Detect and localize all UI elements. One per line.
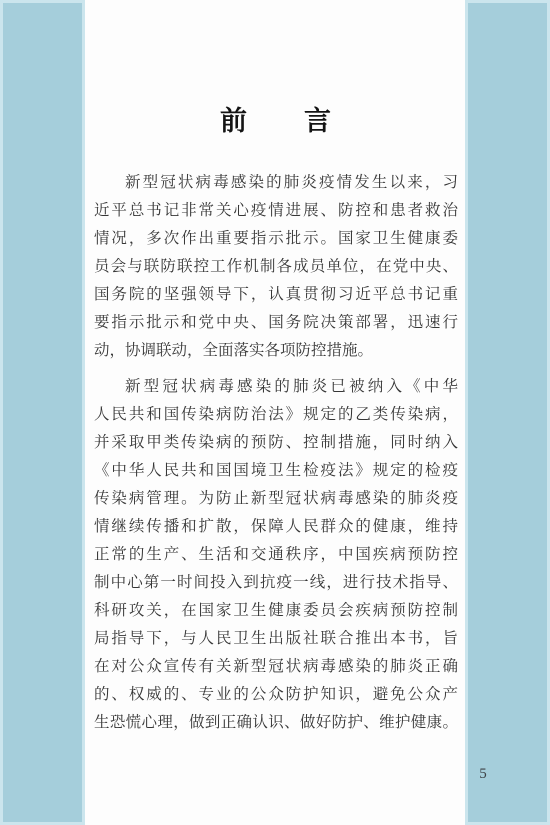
page-content: 前 言 新型冠状病毒感染的肺炎疫情发生以来，习 近平总书记非常关心疫情进展、防控… <box>94 0 458 737</box>
text-line: 制中心第一时间投入到抗疫一线，进行技术指导、 <box>94 569 458 597</box>
paragraph: 新型冠状病毒感染的肺炎疫情发生以来，习 近平总书记非常关心疫情进展、防控和患者救… <box>94 169 458 365</box>
text-line: 情况，多次作出重要指示批示。国家卫生健康委 <box>94 225 458 253</box>
text-line: 并采取甲类传染病的预防、控制措施，同时纳入 <box>94 429 458 457</box>
text-line: 的、权威的、专业的公众防护知识，避免公众产 <box>94 681 458 709</box>
text-line: 正常的生产、生活和交通秩序，中国疾病预防控 <box>94 541 458 569</box>
text-line: 动，协调联动，全面落实各项防控措施。 <box>94 337 458 365</box>
book-page: 前 言 新型冠状病毒感染的肺炎疫情发生以来，习 近平总书记非常关心疫情进展、防控… <box>0 0 550 825</box>
page-title: 前 言 <box>94 103 458 139</box>
text-line: 员会与联防联控工作机制各成员单位，在党中央、 <box>94 253 458 281</box>
preface-body: 新型冠状病毒感染的肺炎疫情发生以来，习 近平总书记非常关心疫情进展、防控和患者救… <box>94 169 458 737</box>
text-line: 在对公众宣传有关新型冠状病毒感染的肺炎正确 <box>94 653 458 681</box>
text-line: 科研攻关，在国家卫生健康委员会疾病预防控制 <box>94 597 458 625</box>
page-number: 5 <box>465 766 501 783</box>
right-margin-band <box>465 0 550 825</box>
text-line: 生恐慌心理，做到正确认识、做好防护、维护健康。 <box>94 709 458 737</box>
left-margin-band <box>0 0 85 825</box>
text-line: 近平总书记非常关心疫情进展、防控和患者救治 <box>94 197 458 225</box>
text-line: 情继续传播和扩散，保障人民群众的健康，维持 <box>94 513 458 541</box>
text-line: 要指示批示和党中央、国务院决策部署，迅速行 <box>94 309 458 337</box>
text-line: 人民共和国传染病防治法》规定的乙类传染病， <box>94 401 458 429</box>
text-line: 国务院的坚强领导下，认真贯彻习近平总书记重 <box>94 281 458 309</box>
text-line: 局指导下，与人民卫生出版社联合推出本书，旨 <box>94 625 458 653</box>
text-line: 《中华人民共和国国境卫生检疫法》规定的检疫 <box>94 457 458 485</box>
text-line: 新型冠状病毒感染的肺炎疫情发生以来，习 <box>94 169 458 197</box>
paragraph: 新型冠状病毒感染的肺炎已被纳入《中华 人民共和国传染病防治法》规定的乙类传染病，… <box>94 373 458 737</box>
text-line: 传染病管理。为防止新型冠状病毒感染的肺炎疫 <box>94 485 458 513</box>
text-line: 新型冠状病毒感染的肺炎已被纳入《中华 <box>94 373 458 401</box>
